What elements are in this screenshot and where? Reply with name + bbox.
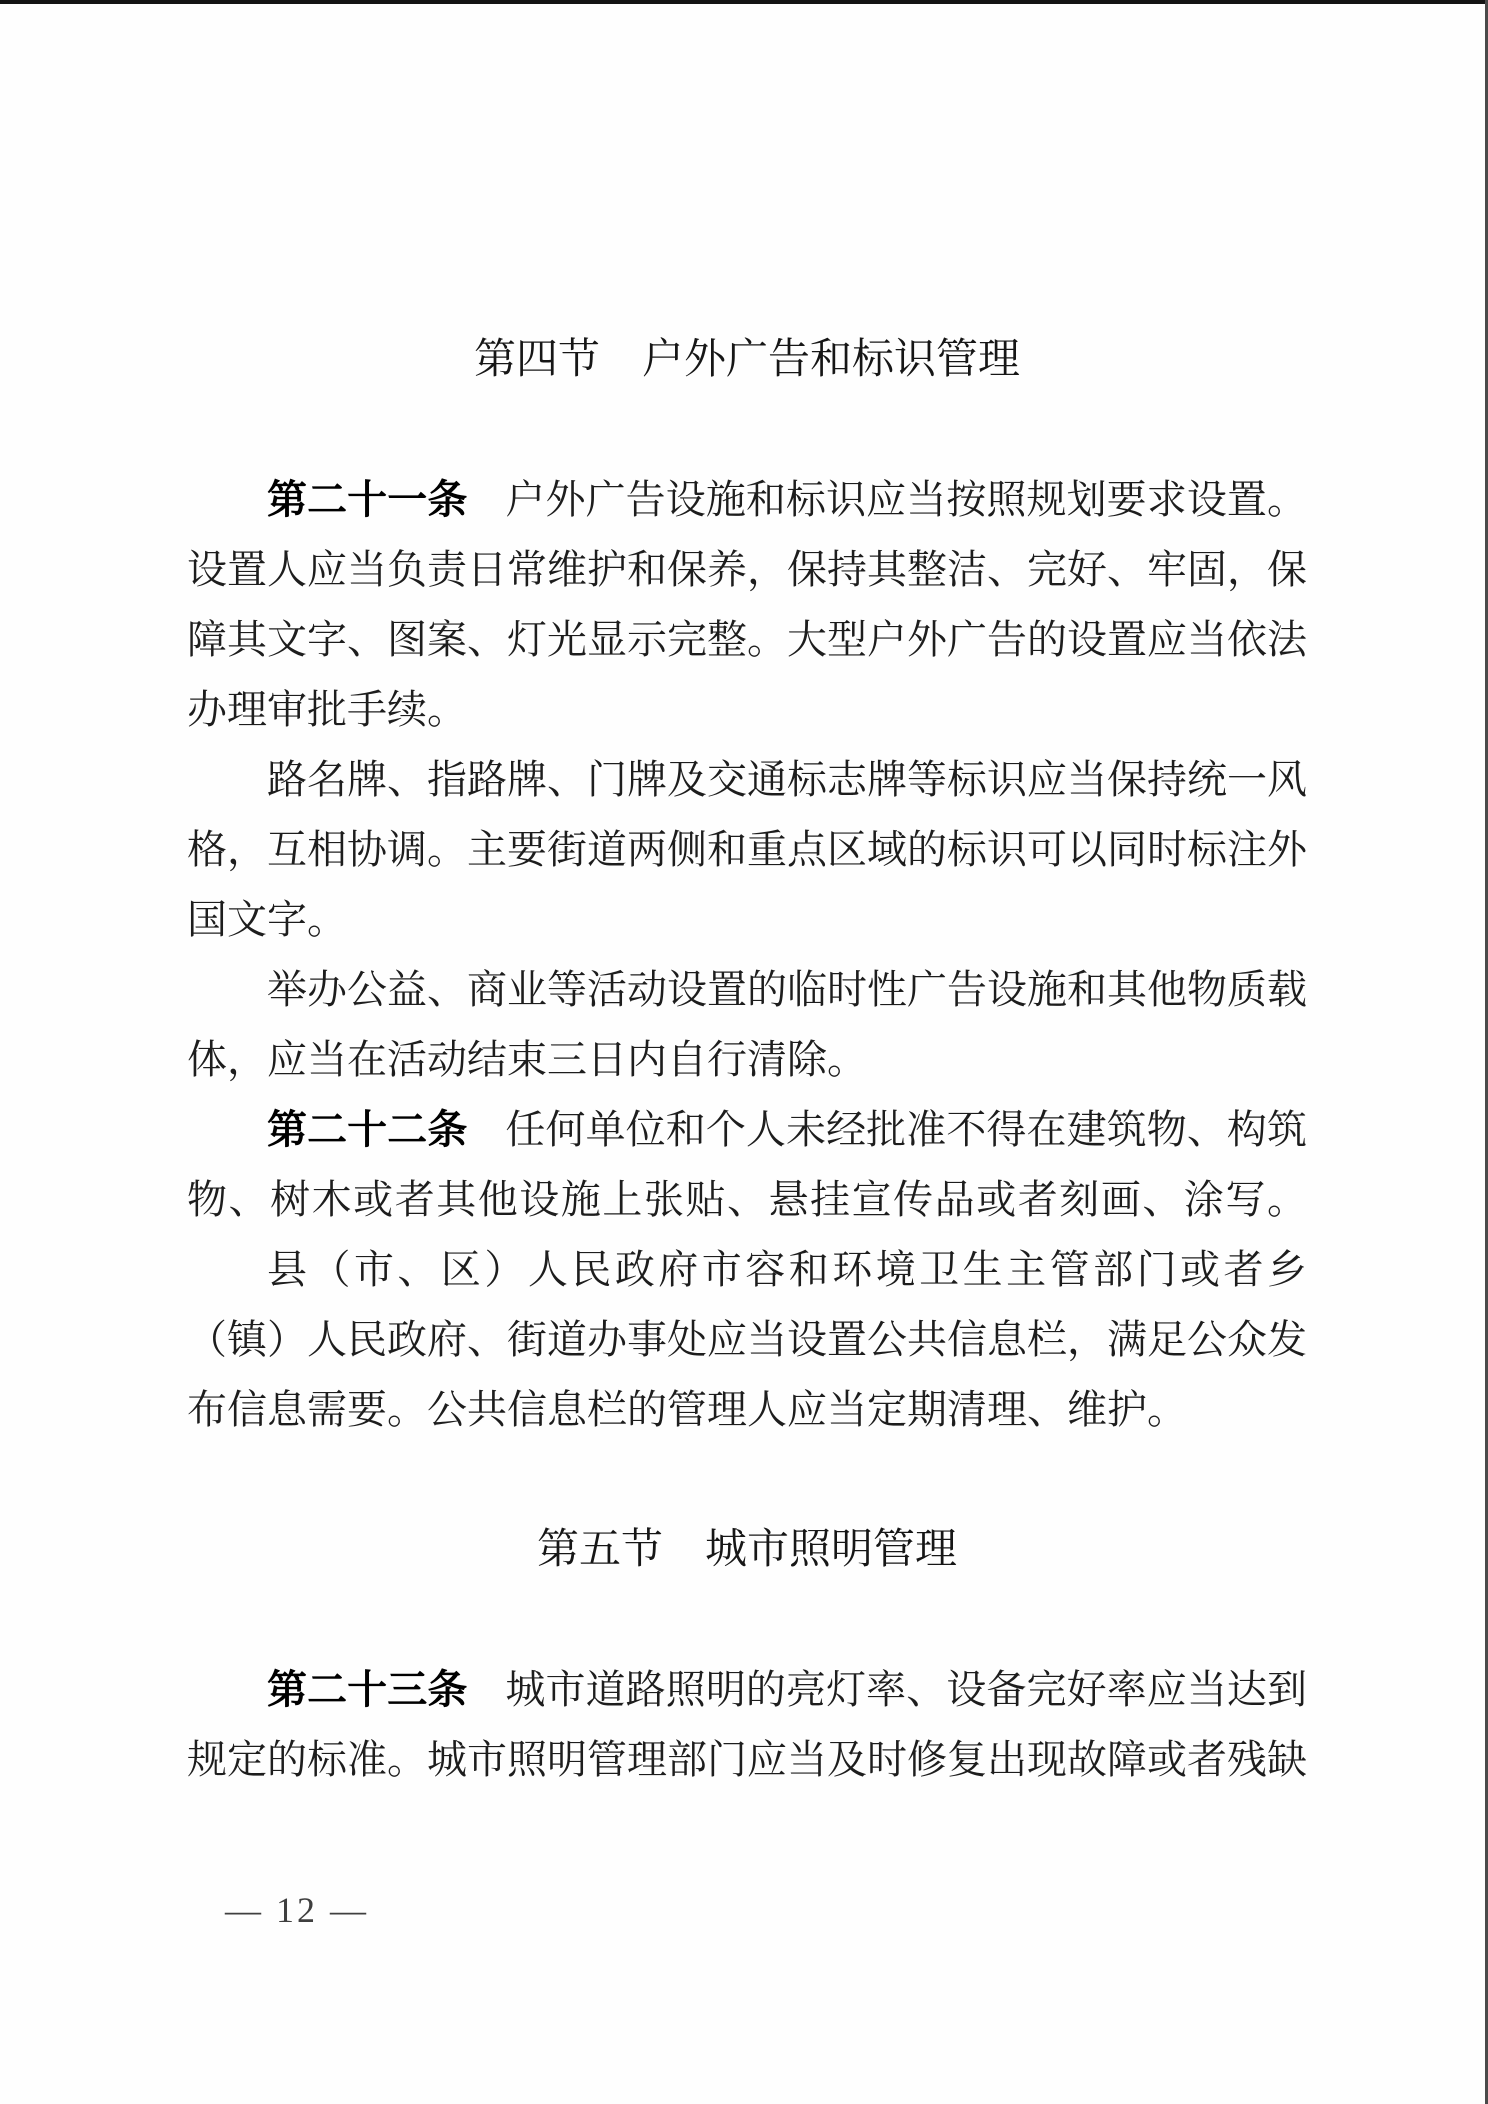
article-21-paragraph: 第二十一条户外广告设施和标识应当按照规划要求设置。设置人应当负责日常维护和保养，… <box>187 465 1307 745</box>
section-5-title: 第五节 城市照明管理 <box>187 1515 1307 1585</box>
section-5: 第五节 城市照明管理 第二十三条城市道路照明的亮灯率、设备完好率应当达到规定的标… <box>187 1515 1307 1795</box>
article-21-clause-3: 举办公益、商业等活动设置的临时性广告设施和其他物质载体，应当在活动结束三日内自行… <box>187 955 1307 1095</box>
article-22-clause-2: 县（市、区）人民政府市容和环境卫生主管部门或者乡（镇）人民政府、街道办事处应当设… <box>187 1235 1307 1445</box>
document-page: 第四节 户外广告和标识管理 第二十一条户外广告设施和标识应当按照规划要求设置。设… <box>0 0 1488 2104</box>
section-4: 第四节 户外广告和标识管理 第二十一条户外广告设施和标识应当按照规划要求设置。设… <box>187 325 1307 1445</box>
section-4-title: 第四节 户外广告和标识管理 <box>187 325 1307 395</box>
article-22-paragraph: 第二十二条任何单位和个人未经批准不得在建筑物、构筑物、树木或者其他设施上张贴、悬… <box>187 1095 1307 1235</box>
document-body: 第四节 户外广告和标识管理 第二十一条户外广告设施和标识应当按照规划要求设置。设… <box>187 325 1307 1795</box>
page-number: — 12 — <box>225 1886 369 1934</box>
article-23-number: 第二十三条 <box>267 1667 467 1712</box>
article-21-number: 第二十一条 <box>267 477 467 522</box>
article-21-clause-2: 路名牌、指路牌、门牌及交通标志牌等标识应当保持统一风格，互相协调。主要街道两侧和… <box>187 745 1307 955</box>
article-23-paragraph: 第二十三条城市道路照明的亮灯率、设备完好率应当达到规定的标准。城市照明管理部门应… <box>187 1655 1307 1795</box>
article-22-number: 第二十二条 <box>267 1107 467 1152</box>
scan-edge-top-line <box>0 0 1488 4</box>
